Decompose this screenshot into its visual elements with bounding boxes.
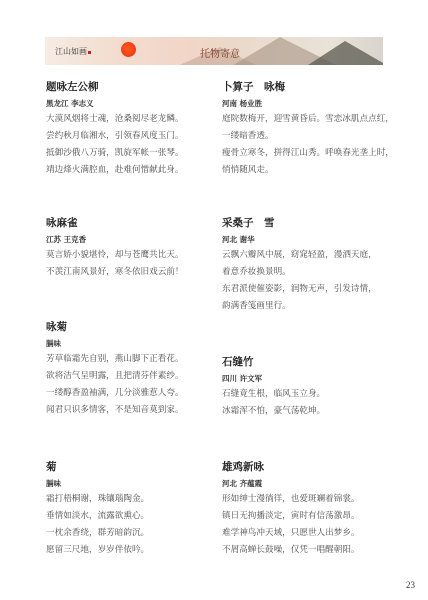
poem-author: 黑龙江 李志义	[46, 99, 226, 109]
poem: 菊 膈味 霜打梧桐谢，珠镶瑙陶金。 垂情如淡水，流露欲熏心。 一枕余香绕，群芳暗…	[46, 460, 226, 559]
poem-line: 东君派使催姿影，润物无声，引发诗情，	[222, 281, 402, 298]
poem-title: 题咏左公柳	[46, 80, 226, 94]
poem-line: 一枕余香绕，群芳暗韵沉。	[46, 525, 226, 542]
poem-line: 悄悄随风走。	[222, 162, 402, 179]
poem-line: 一缕暗香透。	[222, 128, 402, 145]
poem-author: 河北 谢华	[222, 235, 402, 245]
poem-line: 难学神鸟冲天域，只愿世人出梦乡。	[222, 525, 402, 542]
poem-line: 石缝竟生根，临风玉立身。	[222, 386, 402, 403]
poem-title: 咏麻雀	[46, 216, 226, 230]
poem-title: 卜算子 咏梅	[222, 80, 402, 94]
poem-line: 大漠风烟将士魂，沧桑阅尽老龙鳞。	[46, 111, 226, 128]
poem: 卜算子 咏梅 河南 杨业胜 庭院数梅开，迎雪黄昏后。雪恋冰肌点点红， 一缕暗香透…	[222, 80, 402, 179]
poem-line: 霜打梧桐谢，珠镶瑙陶金。	[46, 491, 226, 508]
poem-author: 膈味	[46, 479, 226, 489]
poem-line: 闻君只识多情客，不是知音莫到家。	[46, 402, 226, 419]
poem-author: 膈味	[46, 339, 226, 349]
poem-line: 莫言娇小貌堪怜，却与苍鹰共比天。	[46, 247, 226, 264]
poem-line: 冰霜浑不怕，豪气荡乾坤。	[222, 403, 402, 420]
poem: 石缝竹 四川 许文军 石缝竟生根，临风玉立身。 冰霜浑不怕，豪气荡乾坤。	[222, 355, 402, 420]
poem-line: 镇日无拘播淡定，寅时有信荡激昂。	[222, 508, 402, 525]
poem-line: 云飘六瓣风中展，窈窕轻盈，漫洒天庭，	[222, 247, 402, 264]
poem-line: 一缕醇香盈袖满，几分淡雅惹人夸。	[46, 385, 226, 402]
poem-line: 欲将洁气呈明露，且把清芬伴素纱。	[46, 368, 226, 385]
poem-line: 韵满香笺画里行。	[222, 298, 402, 315]
banner-calligraphy: 江山如画	[55, 46, 91, 57]
poem: 咏麻雀 江苏 王克香 莫言娇小貌堪怜，却与苍鹰共比天。 不羡江南风景好，寒冬依旧…	[46, 216, 226, 281]
poem-title: 雄鸡新咏	[222, 460, 402, 474]
poem-line: 抵御沙俄八万骑，凯旋军帐一张琴。	[46, 145, 226, 162]
seal-stamp-icon	[88, 51, 91, 54]
poem-title: 咏菊	[46, 320, 226, 334]
poem-author: 河南 杨业胜	[222, 99, 402, 109]
mountain-decoration	[305, 41, 383, 65]
header-banner: 江山如画 托物寄意	[45, 37, 383, 65]
red-sun-icon	[121, 42, 136, 57]
poem-line: 着意乔妆换景明。	[222, 264, 402, 281]
poem-line: 芳草临霜先自别，燕山脚下正看花。	[46, 351, 226, 368]
poem-line: 垂情如淡水，流露欲熏心。	[46, 508, 226, 525]
poem-author: 四川 许文军	[222, 374, 402, 384]
poem: 题咏左公柳 黑龙江 李志义 大漠风烟将士魂，沧桑阅尽老龙鳞。 尝约秋月临湘水，引…	[46, 80, 226, 179]
poem: 雄鸡新咏 河北 齐蕴霞 形如绅士漫徜徉，也爱斑斓着锦裳。 镇日无拘播淡定，寅时有…	[222, 460, 402, 559]
poem-line: 瘦骨立寒冬，拼得江山秀。呼唤春光垄上时，	[222, 145, 402, 162]
poem-author: 河北 齐蕴霞	[222, 479, 402, 489]
poem-title: 石缝竹	[222, 355, 402, 369]
poem-line: 尝约秋月临湘水，引领春风度玉门。	[46, 128, 226, 145]
banner-calligraphy-text: 江山如画	[55, 47, 87, 56]
poem-title: 菊	[46, 460, 226, 474]
poem: 咏菊 膈味 芳草临霜先自别，燕山脚下正看花。 欲将洁气呈明露，且把清芬伴素纱。 …	[46, 320, 226, 419]
poem-author: 江苏 王克香	[46, 235, 226, 245]
poem-line: 不屑高蝉长鼓噪，仅凭一唱醒朝阳。	[222, 542, 402, 559]
poem: 采桑子 雪 河北 谢华 云飘六瓣风中展，窈窕轻盈，漫洒天庭， 着意乔妆换景明。 …	[222, 216, 402, 315]
poem-line: 庭院数梅开，迎雪黄昏后。雪恋冰肌点点红，	[222, 111, 402, 128]
poem-title: 采桑子 雪	[222, 216, 402, 230]
poem-line: 靖边烽火满腔血，赴难何惜献此身。	[46, 162, 226, 179]
poem-line: 形如绅士漫徜徉，也爱斑斓着锦裳。	[222, 491, 402, 508]
poem-line: 不羡江南风景好，寒冬依旧戏云前！	[46, 264, 226, 281]
poem-line: 愿留三尺地，岁岁伴依吟。	[46, 542, 226, 559]
page-number: 23	[406, 580, 415, 590]
section-title: 托物寄意	[200, 45, 240, 60]
